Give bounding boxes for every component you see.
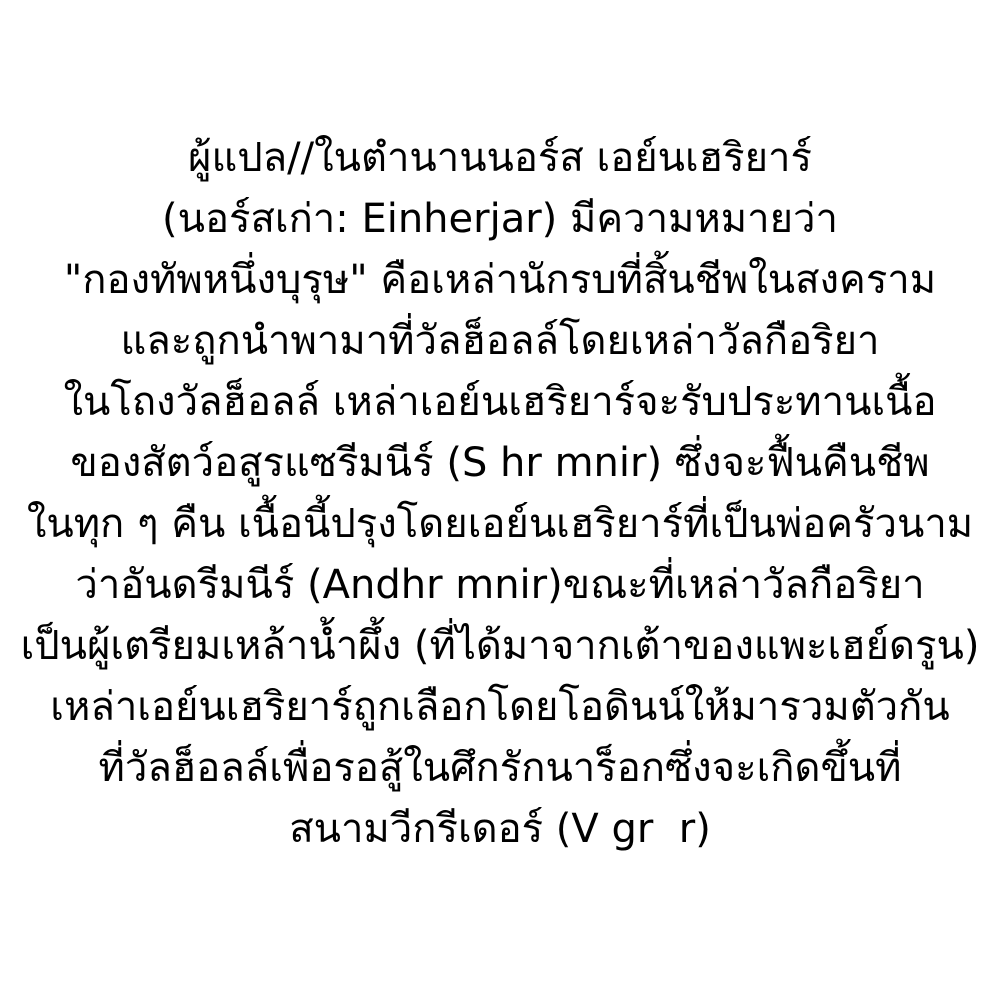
caption-line-9: เป็นผู้เตรียมเหล้าน้ำผึ้ง (ที่ได้มาจากเต… (0, 616, 1000, 677)
caption-line-2: (นอร์สเก่า: Einherjar) มีความหมายว่า (0, 189, 1000, 250)
caption-line-1: ผู้แปล//ในตำนานนอร์ส เอย์นเฮริยาร์ (0, 128, 1000, 189)
caption-line-7: ในทุก ๆ คืน เนื้อนี้ปรุงโดยเอย์นเฮริยาร์… (0, 494, 1000, 555)
caption-line-11: ที่วัลฮ็อลล์เพื่อรอสู้ในศึกรักนาร็อกซึ่ง… (0, 738, 1000, 799)
caption-line-12: สนามวีกรีเดอร์ (V gr r) (0, 799, 1000, 860)
caption-text-block: ผู้แปล//ในตำนานนอร์ส เอย์นเฮริยาร์ (นอร์… (0, 128, 1000, 860)
caption-line-10: เหล่าเอย์นเฮริยาร์ถูกเลือกโดยโอดินน์ให้ม… (0, 677, 1000, 738)
caption-line-6: ของสัตว์อสูรแซรีมนีร์ (S hr mnir) ซึ่งจะ… (0, 433, 1000, 494)
caption-line-8: ว่าอันดรีมนีร์ (Andhr mnir)ขณะที่เหล่าวั… (0, 555, 1000, 616)
caption-line-4: และถูกนำพามาที่วัลฮ็อลล์โดยเหล่าวัลกือริ… (0, 311, 1000, 372)
caption-line-3: "กองทัพหนึ่งบุรุษ" คือเหล่านักรบที่สิ้นช… (0, 250, 1000, 311)
caption-line-5: ในโถงวัลฮ็อลล์ เหล่าเอย์นเฮริยาร์จะรับปร… (0, 372, 1000, 433)
